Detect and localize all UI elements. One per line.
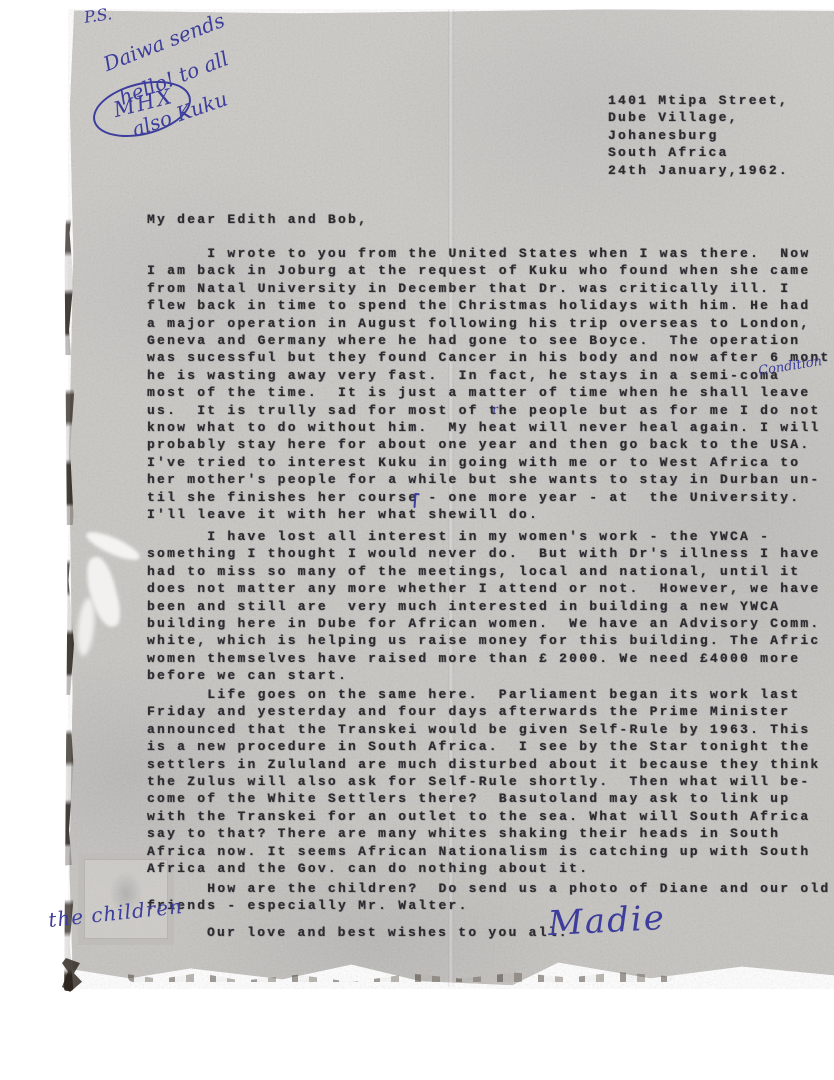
sender-address-block: 1401 Mtipa Street, Dube Village, Johanes…: [608, 92, 789, 179]
paragraph-1: I wrote to you from the United States wh…: [147, 245, 831, 524]
salutation-line: My dear Edith and Bob,: [147, 211, 368, 228]
closing-line: Our love and best wishes to you all.: [207, 924, 569, 941]
paragraph-2: I have lost all interest in my women's w…: [147, 528, 820, 685]
paragraph-4: How are the children? Do send us a photo…: [147, 880, 831, 915]
ps-label: P.S.: [83, 4, 113, 27]
scanned-letter-page: { "colors":{ "background":"#ffffff", "pa…: [0, 0, 834, 1080]
handwritten-signature: Madie: [547, 898, 667, 944]
paragraph-3: Life goes on the same here. Parliament b…: [147, 686, 820, 877]
